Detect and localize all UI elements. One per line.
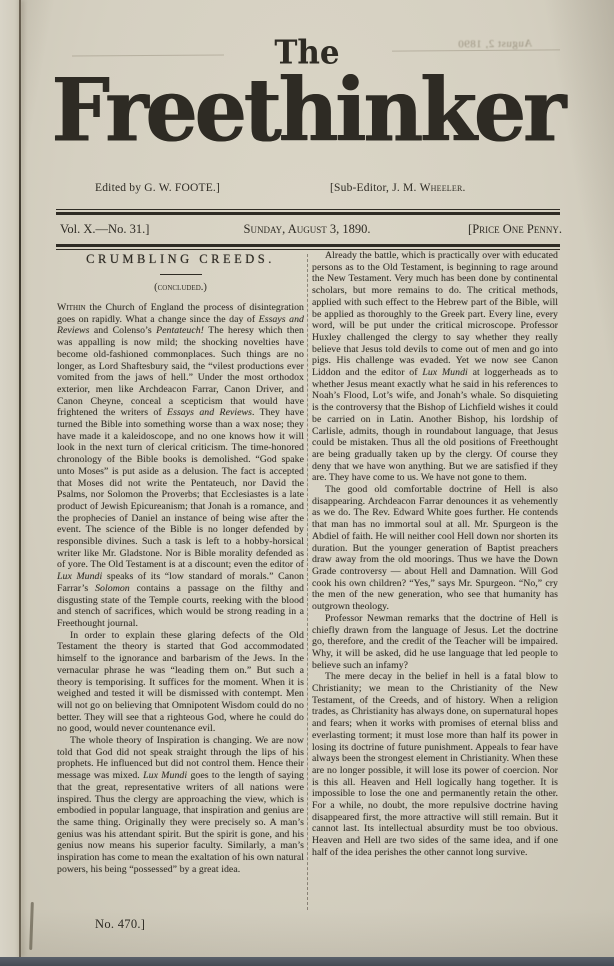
- editor-credit: Edited by G. W. FOOTE.]: [95, 182, 220, 194]
- column-divider: [307, 254, 308, 910]
- article-paragraph: Professor Newman remarks that the doctri…: [312, 613, 558, 672]
- price-label: [Price One Penny.: [468, 222, 562, 237]
- heading-divider-rule: [160, 274, 202, 275]
- scan-edge-bottom: [0, 957, 614, 966]
- masthead-rule-thin: [56, 209, 560, 210]
- article-paragraph: The good old comfortable doctrine of Hel…: [312, 484, 558, 613]
- article-paragraph: Within the Church of England the process…: [57, 302, 304, 630]
- masthead-title: Freethinker: [0, 68, 614, 155]
- dateline-row: Vol. X.—No. 31.] Sunday, August 3, 1890.…: [0, 222, 614, 239]
- masthead-rule-thick: [56, 212, 560, 215]
- article-paragraph: The mere decay in the belief in hell is …: [312, 671, 558, 858]
- article-column-right: Already the battle, which is practically…: [312, 250, 558, 859]
- article-paragraph: Already the battle, which is practically…: [312, 250, 558, 484]
- article-subheading: (concluded.): [57, 282, 304, 293]
- footer-issue-number: No. 470.]: [95, 917, 145, 932]
- binding-edge-mark: [29, 902, 34, 950]
- dateline-rule-thick: [56, 244, 560, 247]
- newspaper-page: August 2, 1890 The Freethinker Edited by…: [0, 0, 614, 966]
- editors-row: Edited by G. W. FOOTE.] [Sub-Editor, J. …: [0, 182, 614, 198]
- article-column-left: CRUMBLING CREEDS. (concluded.) Within th…: [57, 252, 304, 875]
- article-paragraph: The whole theory of Inspiration is chang…: [57, 735, 304, 875]
- article-paragraph: In order to explain these glaring defect…: [57, 630, 304, 735]
- article-heading: CRUMBLING CREEDS.: [57, 252, 304, 267]
- sub-editor-credit: [Sub-Editor, J. M. Wheeler.: [330, 182, 466, 194]
